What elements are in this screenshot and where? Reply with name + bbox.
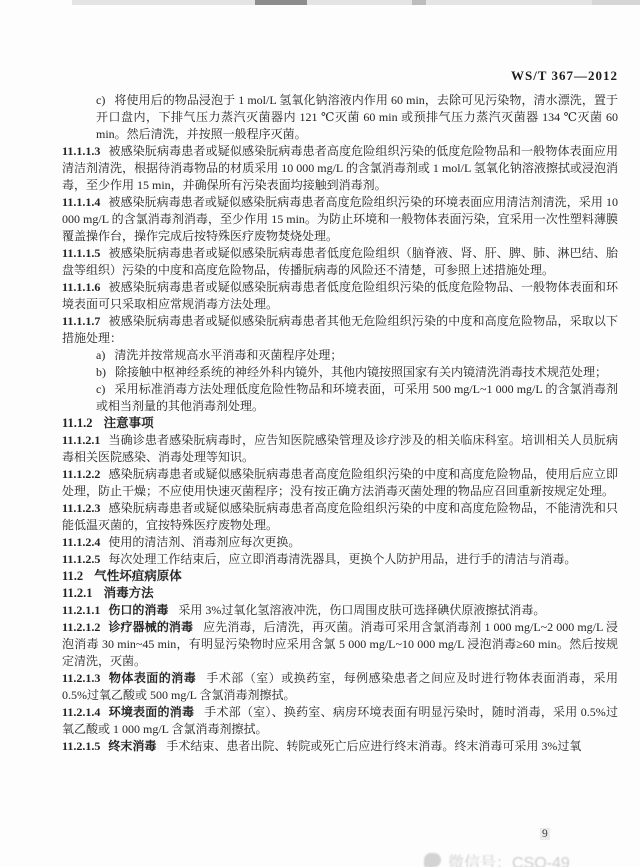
clause-11-2-1-2: 11.2.1.2诊疗器械的消毒应先消毒，后清洗，再灭菌。消毒可采用含氯消毒剂 1…: [62, 619, 618, 670]
clause-number: 11.2.1.1: [62, 603, 100, 617]
list-text: 清洗并按常规高水平消毒和灭菌程序处理；: [114, 348, 342, 362]
clause-number: 11.1.1.4: [62, 195, 100, 209]
section-number: 11.2: [62, 569, 83, 583]
document-page: WS/T 367—2012 c)将使用后的物品浸泡于 1 mol/L 氢氧化钠溶…: [62, 0, 618, 755]
clause-text: 被感染朊病毒患者或疑似感染朊病毒患者高度危险组织污染的低度危险物品和一般物体表面…: [62, 144, 618, 192]
list-marker: c): [96, 93, 105, 107]
clause-11-1-1-6: 11.1.1.6被感染朊病毒患者或疑似感染朊病毒患者低度危险组织污染的低度危险物…: [62, 279, 618, 313]
watermark-text: 微信号：CSO-49: [448, 850, 570, 867]
clause-number: 11.1.1.3: [62, 144, 100, 158]
clause-number: 11.1.2.1: [62, 433, 100, 447]
section-heading-11-2: 11.2气性坏疽病原体: [62, 568, 618, 585]
clause-runin-title: 终末消毒: [108, 739, 156, 753]
clause-11-1-1-7: 11.1.1.7被感染朊病毒患者或疑似感染朊病毒患者其他无危险组织污染的中度和高…: [62, 313, 618, 347]
clause-11-1-1-3: 11.1.1.3被感染朊病毒患者或疑似感染朊病毒患者高度危险组织污染的低度危险物…: [62, 143, 618, 194]
clause-text: 采用 3%过氧化氢溶液冲洗，伤口周围皮肤可选择碘伏原液擦拭消毒。: [178, 603, 545, 617]
wechat-icon: [424, 853, 441, 867]
clause-number: 11.2.1.5: [62, 739, 100, 753]
clause-number: 11.1.1.6: [62, 280, 100, 294]
section-number: 11.1.2: [62, 416, 93, 430]
clause-text: 被感染朊病毒患者或疑似感染朊病毒患者其他无危险组织污染的中度和高度危险物品，采取…: [62, 314, 618, 345]
list-item: a)清洗并按常规高水平消毒和灭菌程序处理；: [62, 347, 618, 364]
clause-11-2-1-4: 11.2.1.4环境表面的消毒手术部（室）、换药室、病房环境表面有明显污染时，随…: [62, 704, 618, 738]
clause-runin-title: 诊疗器械的消毒: [108, 620, 193, 634]
clause-text: 每次处理工作结束后，应立即消毒清洗器具，更换个人防护用品，进行手的清洁与消毒。: [108, 552, 576, 566]
clause-11-1-2-5: 11.1.2.5每次处理工作结束后，应立即消毒清洗器具，更换个人防护用品，进行手…: [62, 551, 618, 568]
section-heading-11-1-2: 11.1.2注意事项: [62, 415, 618, 432]
clause-11-1-1-5: 11.1.1.5被感染朊病毒患者或疑似感染朊病毒患者低度危险组织（脑脊液、肾、肝…: [62, 245, 618, 279]
clause-number: 11.1.2.5: [62, 552, 100, 566]
clause-number: 11.1.2.3: [62, 501, 100, 515]
clause-number: 11.1.2.4: [62, 535, 100, 549]
section-title: 注意事项: [104, 416, 154, 430]
clause-text: 被感染朊病毒患者或疑似感染朊病毒患者低度危险组织污染的低度危险物品、一般物体表面…: [62, 280, 618, 311]
clause-11-2-1-1: 11.2.1.1伤口的消毒采用 3%过氧化氢溶液冲洗，伤口周围皮肤可选择碘伏原液…: [62, 602, 618, 619]
section-title: 气性坏疽病原体: [94, 569, 182, 583]
clause-number: 11.1.2.2: [62, 467, 100, 481]
list-text: 采用标准消毒方法处理低度危险性物品和环境表面，可采用 500 mg/L~1 00…: [96, 382, 618, 413]
clause-number: 11.1.1.7: [62, 314, 100, 328]
clause-11-1-2-4: 11.1.2.4使用的清洁剂、消毒剂应每次更换。: [62, 534, 618, 551]
document-body: c)将使用后的物品浸泡于 1 mol/L 氢氧化钠溶液内作用 60 min，去除…: [62, 92, 618, 755]
clause-11-2-1-3: 11.2.1.3物体表面的消毒手术部（室）或换药室，每例感染患者之间应及时进行物…: [62, 670, 618, 704]
clause-text: 使用的清洁剂、消毒剂应每次更换。: [108, 535, 300, 549]
clause-runin-title: 伤口的消毒: [108, 603, 168, 617]
clause-11-1-2-2: 11.1.2.2感染朊病毒患者或疑似感染朊病毒患者高度危险组织污染的中度和高度危…: [62, 466, 618, 500]
section-title: 消毒方法: [104, 586, 154, 600]
clause-text: 感染朊病毒患者或疑似感染朊病毒患者高度危险组织污染的中度和高度危险物品，不能清洗…: [62, 501, 618, 532]
clause-text: 被感染朊病毒患者或疑似感染朊病毒患者高度危险组织污染的环境表面应用清洁剂清洗，采…: [62, 195, 618, 243]
standard-number: WS/T 367—2012: [62, 0, 618, 84]
clause-number: 11.2.1.4: [62, 705, 100, 719]
list-item: c)采用标准消毒方法处理低度危险性物品和环境表面，可采用 500 mg/L~1 …: [62, 381, 618, 415]
clause-11-1-1-4: 11.1.1.4被感染朊病毒患者或疑似感染朊病毒患者高度危险组织污染的环境表面应…: [62, 194, 618, 245]
list-text: 将使用后的物品浸泡于 1 mol/L 氢氧化钠溶液内作用 60 min，去除可见…: [96, 93, 618, 141]
list-item: c)将使用后的物品浸泡于 1 mol/L 氢氧化钠溶液内作用 60 min，去除…: [62, 92, 618, 143]
clause-number: 11.1.1.5: [62, 246, 100, 260]
clause-11-1-2-1: 11.1.2.1当确诊患者感染朊病毒时，应告知医院感染管理及诊疗涉及的相关临床科…: [62, 432, 618, 466]
clause-text: 感染朊病毒患者或疑似感染朊病毒患者高度危险组织污染的中度和高度危险物品，使用后应…: [62, 467, 618, 498]
list-text: 除接触中枢神经系统的神经外科内镜外，其他内镜按照国家有关内镜清洗消毒技术规范处理…: [115, 365, 607, 379]
clause-11-2-1-5: 11.2.1.5终末消毒手术结束、患者出院、转院或死亡后应进行终末消毒。终末消毒…: [62, 738, 618, 755]
list-item: b)除接触中枢神经系统的神经外科内镜外，其他内镜按照国家有关内镜清洗消毒技术规范…: [62, 364, 618, 381]
clause-text: 当确诊患者感染朊病毒时，应告知医院感染管理及诊疗涉及的相关临床科室。培训相关人员…: [62, 433, 618, 464]
section-heading-11-2-1: 11.2.1消毒方法: [62, 585, 618, 602]
list-marker: c): [96, 382, 105, 396]
section-number: 11.2.1: [62, 586, 93, 600]
page-number: 9: [540, 828, 550, 840]
watermark: 微信号：CSO-49: [424, 850, 570, 867]
clause-number: 11.2.1.3: [62, 671, 100, 685]
clause-text: 手术结束、患者出院、转院或死亡后应进行终末消毒。终末消毒可采用 3%过氧: [166, 739, 581, 753]
clause-text: 被感染朊病毒患者或疑似感染朊病毒患者低度危险组织（脑脊液、肾、肝、脾、肺、淋巴结…: [62, 246, 618, 277]
clause-runin-title: 物体表面的消毒: [108, 671, 196, 685]
list-marker: b): [96, 365, 106, 379]
clause-11-1-2-3: 11.1.2.3感染朊病毒患者或疑似感染朊病毒患者高度危险组织污染的中度和高度危…: [62, 500, 618, 534]
list-marker: a): [96, 348, 105, 362]
clause-number: 11.2.1.2: [62, 620, 100, 634]
clause-runin-title: 环境表面的消毒: [108, 705, 194, 719]
